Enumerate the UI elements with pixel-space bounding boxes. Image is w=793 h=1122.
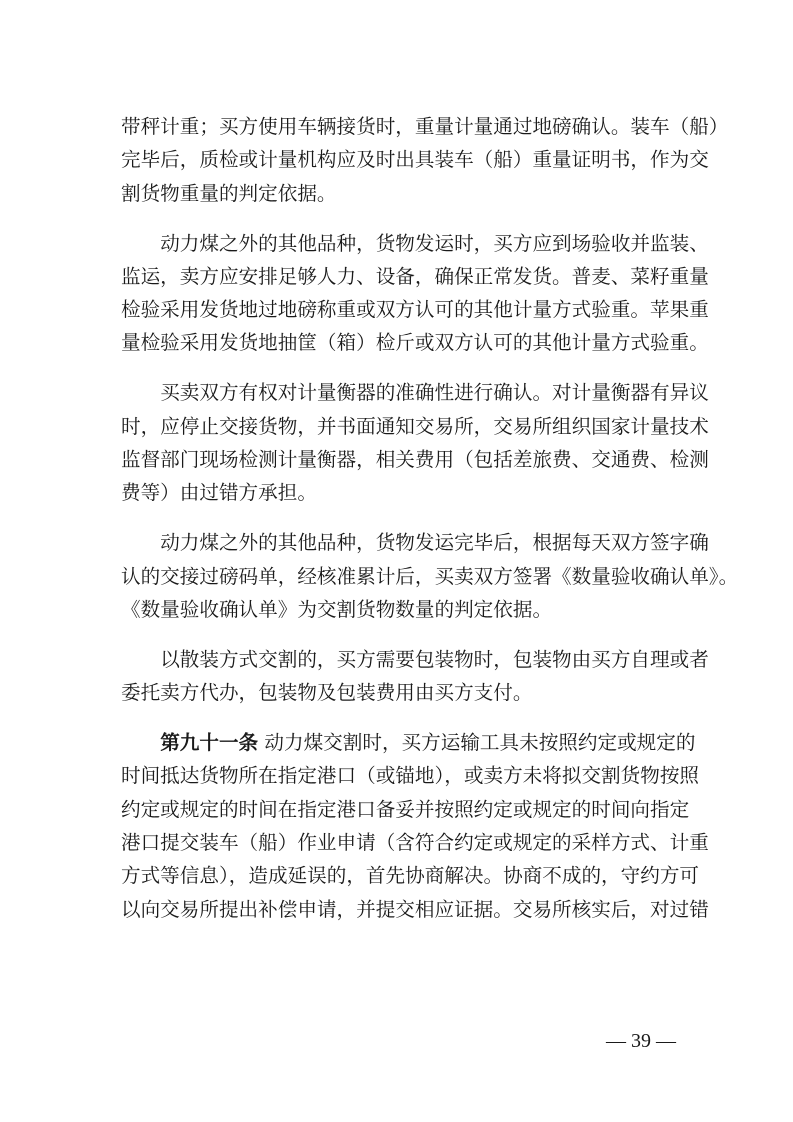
text-line: 买卖双方有权对计量衡器的准确性进行确认。对计量衡器有异议 [121, 376, 675, 409]
text-line: 委托卖方代办，包装物及包装费用由买方支付。 [121, 676, 675, 709]
text-line: 以散装方式交割的，买方需要包装物时，包装物由买方自理或者 [121, 643, 675, 676]
paragraph-quantity-confirmation: 动力煤之外的其他品种，货物发运完毕后，根据每天双方签字确 认的交接过磅码单，经核… [121, 526, 675, 626]
text-line: 带秤计重；买方使用车辆接货时，重量计量通过地磅确认。装车（船） [121, 110, 675, 143]
document-body: 带秤计重；买方使用车辆接货时，重量计量通过地磅确认。装车（船） 完毕后，质检或计… [121, 110, 675, 943]
text-line: 港口提交装车（船）作业申请（含符合约定或规定的采样方式、计重 [121, 826, 675, 859]
article-label: 第九十一条 [160, 731, 258, 754]
text-line: 约定或规定的时间在指定港口备妥并按照约定或规定的时间向指定 [121, 793, 675, 826]
text-line: 以向交易所提出补偿申请，并提交相应证据。交易所核实后，对过错 [121, 893, 675, 926]
text-line: 割货物重量的判定依据。 [121, 177, 675, 210]
page-number: — 39 — [596, 1030, 676, 1053]
text-line: 动力煤之外的其他品种，货物发运完毕后，根据每天双方签字确 [121, 526, 675, 559]
text-line: 时，应停止交接货物，并书面通知交易所，交易所组织国家计量技术 [121, 410, 675, 443]
text-line: 费等）由过错方承担。 [121, 476, 675, 509]
text-line: 第九十一条 动力煤交割时，买方运输工具未按照约定或规定的 [121, 726, 675, 759]
text-line: 量检验采用发货地抽筐（箱）检斤或双方认可的其他计量方式验重。 [121, 326, 675, 359]
text-line: 时间抵达货物所在指定港口（或锚地），或卖方未将拟交割货物按照 [121, 759, 675, 792]
paragraph-weighing-confirmation: 带秤计重；买方使用车辆接货时，重量计量通过地磅确认。装车（船） 完毕后，质检或计… [121, 110, 675, 210]
paragraph-article-91: 第九十一条 动力煤交割时，买方运输工具未按照约定或规定的 时间抵达货物所在指定港… [121, 726, 675, 926]
text-line: 完毕后，质检或计量机构应及时出具装车（船）重量证明书，作为交 [121, 143, 675, 176]
paragraph-scale-accuracy: 买卖双方有权对计量衡器的准确性进行确认。对计量衡器有异议 时，应停止交接货物，并… [121, 376, 675, 509]
text-line: 认的交接过磅码单，经核准累计后，买卖双方签署《数量验收确认单》。 [121, 560, 675, 593]
text-line: 动力煤之外的其他品种，货物发运时，买方应到场验收并监装、 [121, 227, 675, 260]
text-line: 《数量验收确认单》为交割货物数量的判定依据。 [121, 593, 675, 626]
article-text: 动力煤交割时，买方运输工具未按照约定或规定的 [258, 731, 695, 754]
document-page: 带秤计重；买方使用车辆接货时，重量计量通过地磅确认。装车（船） 完毕后，质检或计… [0, 0, 793, 1122]
paragraph-packaging: 以散装方式交割的，买方需要包装物时，包装物由买方自理或者 委托卖方代办，包装物及… [121, 643, 675, 710]
text-line: 监运，卖方应安排足够人力、设备，确保正常发货。普麦、菜籽重量 [121, 260, 675, 293]
text-line: 检验采用发货地过地磅称重或双方认可的其他计量方式验重。苹果重 [121, 293, 675, 326]
paragraph-other-varieties-shipping: 动力煤之外的其他品种，货物发运时，买方应到场验收并监装、 监运，卖方应安排足够人… [121, 227, 675, 360]
text-line: 监督部门现场检测计量衡器，相关费用（包括差旅费、交通费、检测 [121, 443, 675, 476]
text-line: 方式等信息），造成延误的，首先协商解决。协商不成的，守约方可 [121, 859, 675, 892]
